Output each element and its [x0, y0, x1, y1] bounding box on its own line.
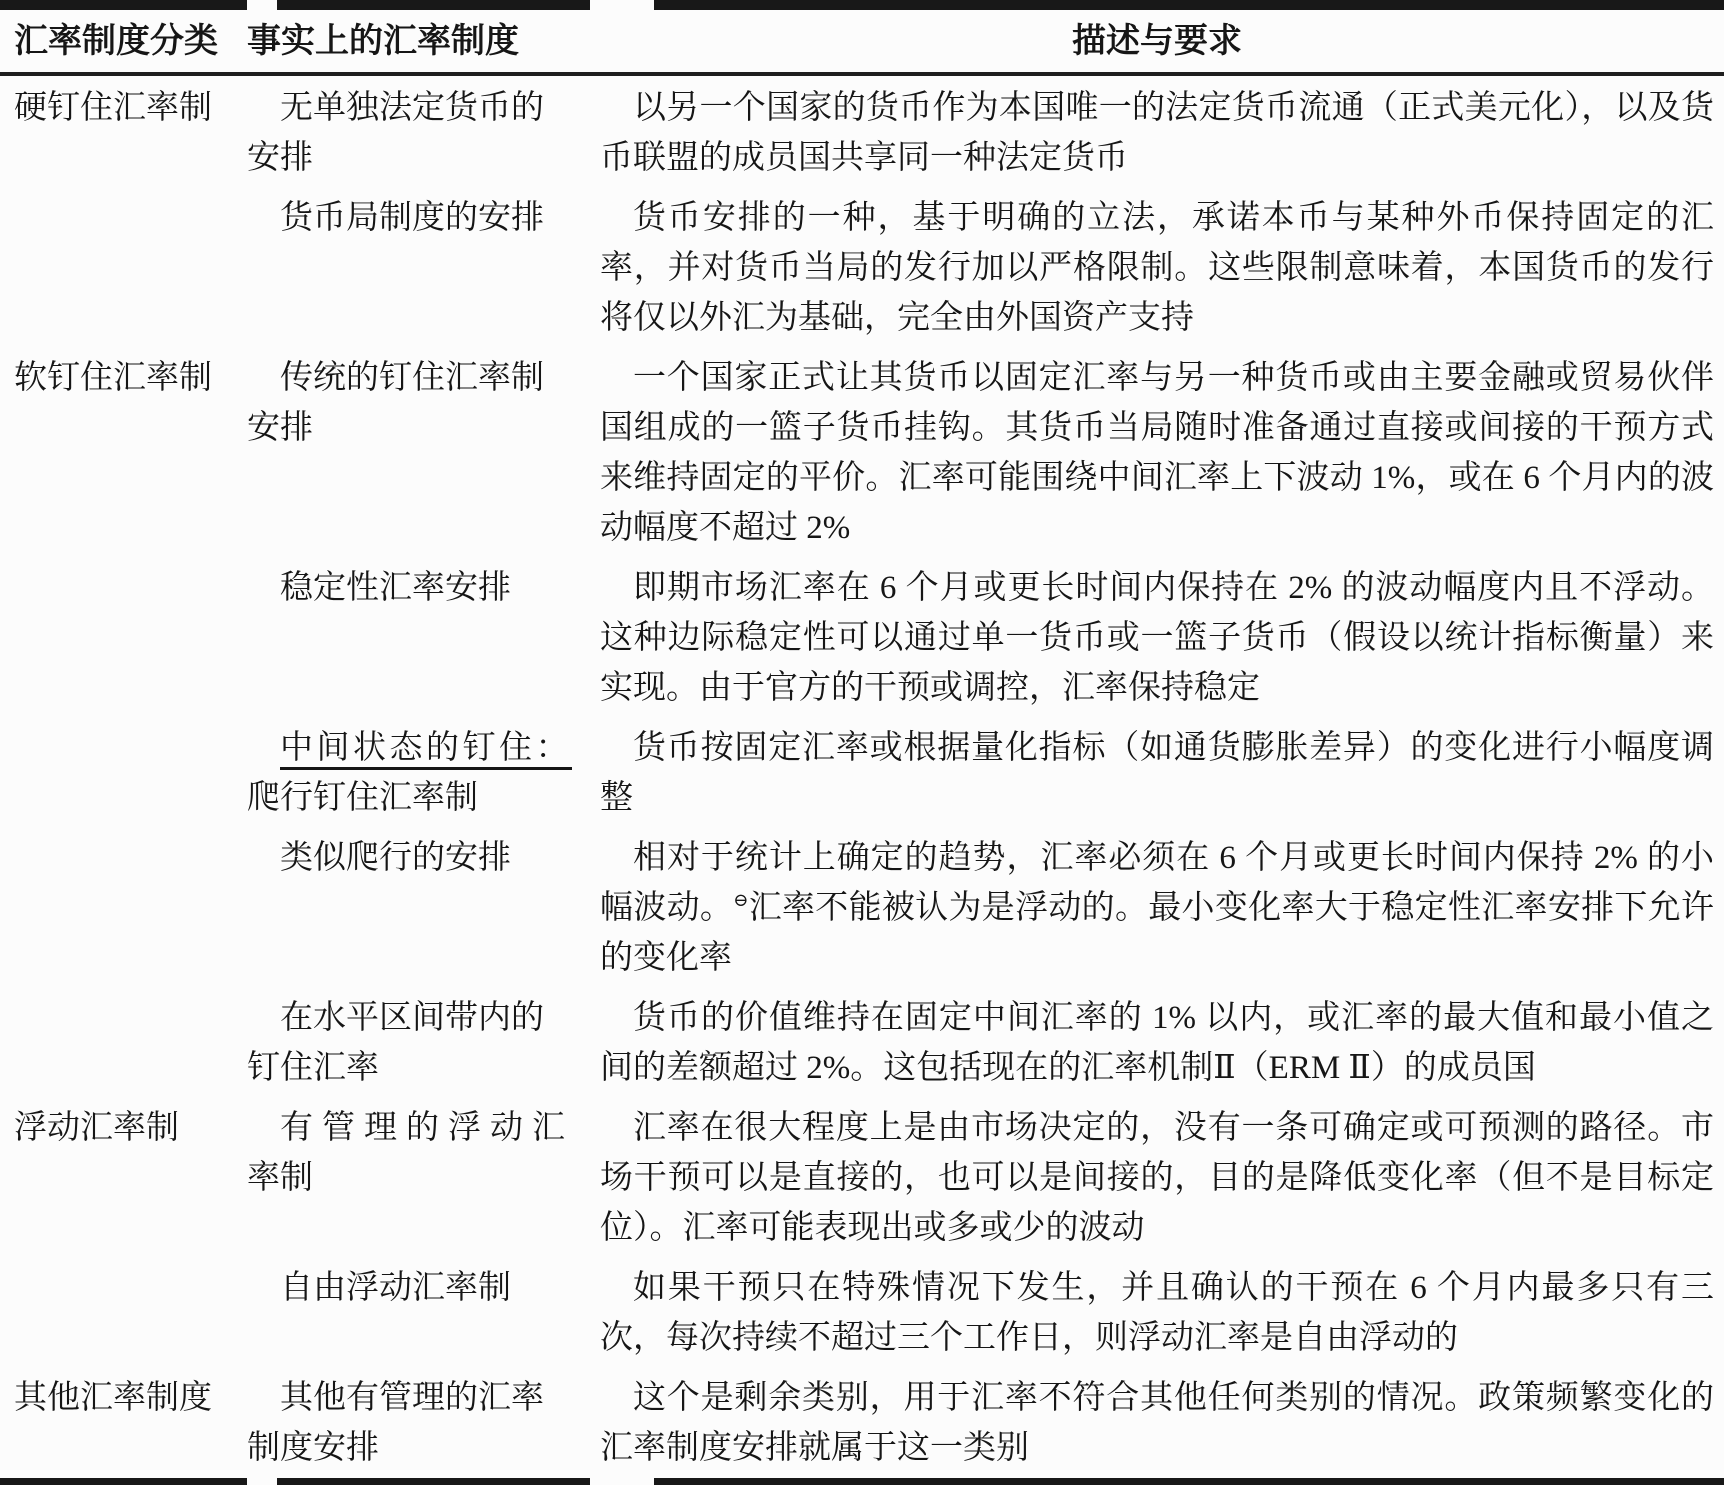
regime-cell: 稳定性汇率安排 [247, 563, 590, 613]
top-border-segment [277, 0, 590, 10]
category-cell: 硬钉住汇率制 [0, 83, 247, 133]
regime-line: 自由浮动汇率制 [247, 1263, 577, 1313]
description-cell: 汇率在很大程度上是由市场决定的，没有一条可确定或可预测的路径。市场干预可以是直接… [590, 1103, 1724, 1253]
description-cell: 如果干预只在特殊情况下发生，并且确认的干预在 6 个月内最多只有三次，每次持续不… [590, 1263, 1724, 1363]
regime-cell: 无单独法定货币的安排 [247, 83, 590, 183]
table-row: 浮动汇率制 有管理的浮动汇率制 汇率在很大程度上是由市场决定的，没有一条可确定或… [0, 1098, 1724, 1258]
description-cell: 这个是剩余类别，用于汇率不符合其他任何类别的情况。政策频繁变化的汇率制度安排就属… [590, 1373, 1724, 1473]
bottom-border-segment [0, 1478, 247, 1485]
table-row: 货币局制度的安排 货币安排的一种，基于明确的立法，承诺本币与某种外币保持固定的汇… [0, 188, 1724, 348]
regime-cell: 中间状态的钉住：爬行钉住汇率制 [247, 723, 590, 823]
regime-line: 货币局制度的安排 [247, 193, 577, 243]
regime-line: 率制 [247, 1153, 577, 1203]
regime-line-underlined: 中间状态的钉住： [247, 723, 577, 773]
table-row: 硬钉住汇率制 无单独法定货币的安排 以另一个国家的货币作为本国唯一的法定货币流通… [0, 78, 1724, 188]
regime-line: 钉住汇率 [247, 1043, 577, 1093]
regime-line: 制度安排 [247, 1423, 577, 1473]
description-cell: 以另一个国家的货币作为本国唯一的法定货币流通（正式美元化），以及货币联盟的成员国… [590, 83, 1724, 183]
table-row: 中间状态的钉住：爬行钉住汇率制 货币按固定汇率或根据量化指标（如通货膨胀差异）的… [0, 718, 1724, 828]
regime-cell: 货币局制度的安排 [247, 193, 590, 243]
header-de-facto-regime: 事实上的汇率制度 [247, 19, 590, 65]
description-cell: 货币安排的一种，基于明确的立法，承诺本币与某种外币保持固定的汇率，并对货币当局的… [590, 193, 1724, 343]
header-category: 汇率制度分类 [14, 19, 247, 65]
top-border-segment [654, 0, 1724, 10]
bottom-border-segment [654, 1478, 1724, 1485]
table-row: 稳定性汇率安排 即期市场汇率在 6 个月或更长时间内保持在 2% 的波动幅度内且… [0, 558, 1724, 718]
table-row: 在水平区间带内的钉住汇率 货币的价值维持在固定中间汇率的 1% 以内，或汇率的最… [0, 988, 1724, 1098]
regime-line: 有管理的浮动汇 [247, 1103, 577, 1153]
table-row: 类似爬行的安排 相对于统计上确定的趋势，汇率必须在 6 个月或更长时间内保持 2… [0, 828, 1724, 988]
regime-line: 类似爬行的安排 [247, 833, 577, 883]
table-header-row: 汇率制度分类 事实上的汇率制度 描述与要求 [0, 10, 1724, 72]
regime-cell: 传统的钉住汇率制安排 [247, 353, 590, 453]
regime-cell: 其他有管理的汇率制度安排 [247, 1373, 590, 1473]
regime-line: 其他有管理的汇率 [247, 1373, 577, 1423]
description-cell: 货币按固定汇率或根据量化指标（如通货膨胀差异）的变化进行小幅度调整 [590, 723, 1724, 823]
exchange-rate-regime-table-page: 汇率制度分类 事实上的汇率制度 描述与要求 硬钉住汇率制 无单独法定货币的安排 … [0, 0, 1724, 1485]
regime-line: 安排 [247, 403, 577, 453]
footnote-marker: ⊖ [733, 890, 748, 910]
regime-cell: 自由浮动汇率制 [247, 1263, 590, 1313]
regime-line: 爬行钉住汇率制 [247, 773, 577, 823]
description-cell: 相对于统计上确定的趋势，汇率必须在 6 个月或更长时间内保持 2% 的小幅波动。… [590, 833, 1724, 983]
regime-cell: 类似爬行的安排 [247, 833, 590, 883]
table-row: 自由浮动汇率制 如果干预只在特殊情况下发生，并且确认的干预在 6 个月内最多只有… [0, 1258, 1724, 1368]
regime-line: 传统的钉住汇率制 [247, 353, 577, 403]
category-cell: 其他汇率制度 [0, 1373, 247, 1423]
regime-cell: 有管理的浮动汇率制 [247, 1103, 590, 1203]
regime-line: 在水平区间带内的 [247, 993, 577, 1043]
bottom-border-segment [277, 1478, 590, 1485]
category-cell: 软钉住汇率制 [0, 353, 247, 403]
regime-cell: 在水平区间带内的钉住汇率 [247, 993, 590, 1093]
header-description-requirements: 描述与要求 [590, 19, 1724, 65]
description-cell: 一个国家正式让其货币以固定汇率与另一种货币或由主要金融或贸易伙伴国组成的一篮子货… [590, 353, 1724, 553]
description-cell: 货币的价值维持在固定中间汇率的 1% 以内，或汇率的最大值和最小值之间的差额超过… [590, 993, 1724, 1093]
regime-line: 稳定性汇率安排 [247, 563, 577, 613]
table-row: 软钉住汇率制 传统的钉住汇率制安排 一个国家正式让其货币以固定汇率与另一种货币或… [0, 348, 1724, 558]
description-cell: 即期市场汇率在 6 个月或更长时间内保持在 2% 的波动幅度内且不浮动。这种边际… [590, 563, 1724, 713]
table-top-border [0, 0, 1724, 10]
category-cell: 浮动汇率制 [0, 1103, 247, 1153]
regime-line: 安排 [247, 133, 577, 183]
top-border-segment [0, 0, 247, 10]
table-row: 其他汇率制度 其他有管理的汇率制度安排 这个是剩余类别，用于汇率不符合其他任何类… [0, 1368, 1724, 1478]
table-bottom-border [0, 1478, 1724, 1485]
table-body: 硬钉住汇率制 无单独法定货币的安排 以另一个国家的货币作为本国唯一的法定货币流通… [0, 76, 1724, 1478]
regime-line: 无单独法定货币的 [247, 83, 577, 133]
